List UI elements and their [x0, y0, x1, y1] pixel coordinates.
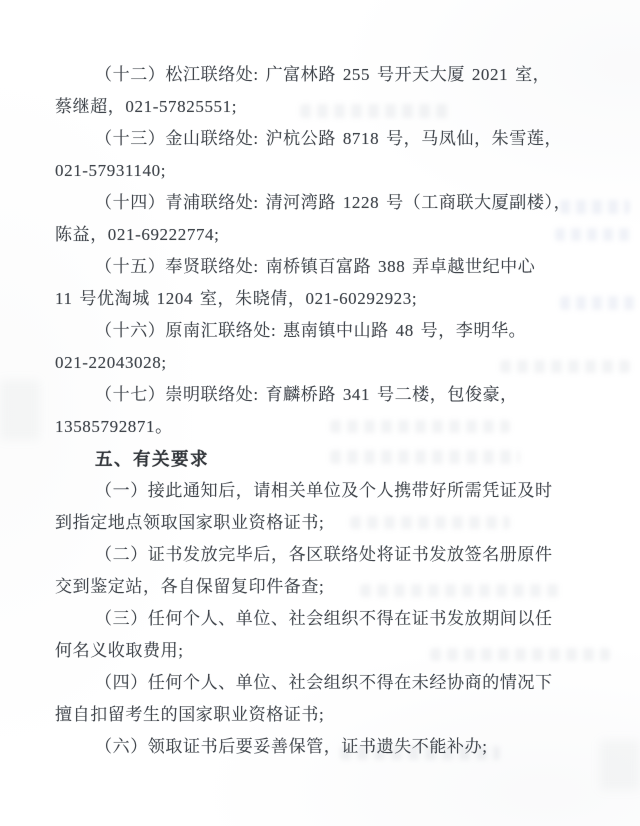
requirement-item-3: （三）任何个人、单位、社会组织不得在证书发放期间以任 何名义收取费用; — [55, 603, 567, 667]
text-line: （六）领取证书后要妥善保管，证书遗失不能补办; — [55, 731, 567, 763]
text-line: 到指定地点领取国家职业资格证书; — [55, 507, 567, 539]
contact-item-songjiang: （十二）松江联络处: 广富林路 255 号开天大厦 2021 室， 蔡继超，02… — [55, 59, 567, 123]
contact-item-jinshan: （十三）金山联络处: 沪杭公路 8718 号，马凤仙，朱雪莲， 021-5793… — [55, 123, 567, 187]
requirement-item-2: （二）证书发放完毕后，各区联络处将证书发放签名册原件 交到鉴定站，各自保留复印件… — [55, 539, 567, 603]
text-line: （十七）崇明联络处: 育麟桥路 341 号二楼，包俊豪， — [55, 379, 567, 411]
text-line: 交到鉴定站，各自保留复印件备查; — [55, 571, 567, 603]
text-line: 陈益，021-69222774; — [55, 219, 567, 251]
text-line: 021-57931140; — [55, 155, 567, 187]
scan-artifact — [560, 296, 635, 310]
scanned-document-page: （十二）松江联络处: 广富林路 255 号开天大厦 2021 室， 蔡继超，02… — [0, 0, 640, 826]
contact-item-qingpu: （十四）青浦联络处: 清河湾路 1228 号（工商联大厦副楼）， 陈益，021-… — [55, 187, 567, 251]
text-line: （二）证书发放完毕后，各区联络处将证书发放签名册原件 — [55, 539, 567, 571]
requirement-item-4: （四）任何个人、单位、社会组织不得在未经协商的情况下 擅自扣留考生的国家职业资格… — [55, 667, 567, 731]
text-line: （十三）金山联络处: 沪杭公路 8718 号，马凤仙，朱雪莲， — [55, 123, 567, 155]
contact-item-nanhui: （十六）原南汇联络处: 惠南镇中山路 48 号，李明华。 021-2204302… — [55, 315, 567, 379]
text-line: （十四）青浦联络处: 清河湾路 1228 号（工商联大厦副楼）， — [55, 187, 567, 219]
text-line: 擅自扣留考生的国家职业资格证书; — [55, 699, 567, 731]
text-line: （十六）原南汇联络处: 惠南镇中山路 48 号，李明华。 — [55, 315, 567, 347]
text-line: （十二）松江联络处: 广富林路 255 号开天大厦 2021 室， — [55, 59, 567, 91]
text-line: （十五）奉贤联络处: 南桥镇百富路 388 弄卓越世纪中心 — [55, 251, 567, 283]
document-body: （十二）松江联络处: 广富林路 255 号开天大厦 2021 室， 蔡继超，02… — [55, 59, 567, 763]
text-line: （一）接此通知后，请相关单位及个人携带好所需凭证及时 — [55, 475, 567, 507]
text-line: （三）任何个人、单位、社会组织不得在证书发放期间以任 — [55, 603, 567, 635]
requirement-item-1: （一）接此通知后，请相关单位及个人携带好所需凭证及时 到指定地点领取国家职业资格… — [55, 475, 567, 539]
text-line: 何名义收取费用; — [55, 635, 567, 667]
text-line: （四）任何个人、单位、社会组织不得在未经协商的情况下 — [55, 667, 567, 699]
requirement-item-6: （六）领取证书后要妥善保管，证书遗失不能补办; — [55, 731, 567, 763]
contact-item-fengxian: （十五）奉贤联络处: 南桥镇百富路 388 弄卓越世纪中心 11 号优淘城 12… — [55, 251, 567, 315]
scan-artifact — [600, 740, 640, 790]
text-line: 13585792871。 — [55, 411, 567, 443]
text-line: 11 号优淘城 1204 室，朱晓倩，021-60292923; — [55, 283, 567, 315]
scan-artifact — [555, 228, 635, 241]
section-heading-requirements: 五、有关要求 — [55, 443, 567, 475]
contact-item-chongming: （十七）崇明联络处: 育麟桥路 341 号二楼，包俊豪， 13585792871… — [55, 379, 567, 443]
text-line: 021-22043028; — [55, 347, 567, 379]
scan-artifact — [0, 380, 40, 440]
text-line: 蔡继超，021-57825551; — [55, 91, 567, 123]
